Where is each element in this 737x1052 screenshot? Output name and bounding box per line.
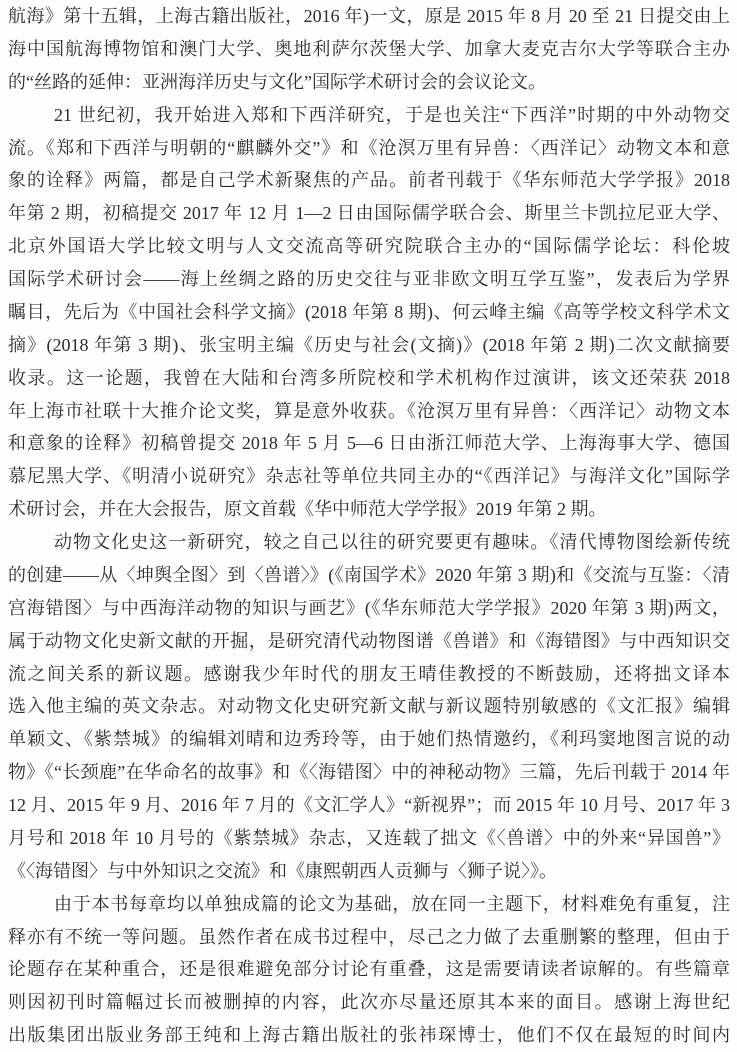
- text-line: 动物文化史这一新研究，较之自己以往的研究要更有趣味。《清代博物图绘新传统: [8, 526, 730, 559]
- text-line: 瞩目，先后为《中国社会科学文摘》(2018 年第 8 期)、何云峰主编《高等学校…: [8, 296, 730, 329]
- text-line: 《〈海错图〉与中外知识之交流》和《康熙朝西人贡狮与〈狮子说〉》。: [8, 855, 730, 888]
- text-line: 论题存在某种重合，还是很难避免部分讨论有重叠，这是需要请读者谅解的。有些篇章: [8, 953, 730, 986]
- text-line: 由于本书每章均以单独成篇的论文为基础，放在同一主题下，材料难免有重复，注: [8, 888, 730, 921]
- text-line: 单颖文、《紫禁城》的编辑刘晴和边秀玲等，由于她们热情邀约，《利玛窦地图言说的动: [8, 723, 730, 756]
- text-line: 年第 2 期，初稿提交 2017 年 12 月 1—2 日由国际儒学联合会、斯里…: [8, 197, 730, 230]
- text-line: 流。《郑和下西洋与明朝的“麒麟外交”》和《沧溟万里有异兽：〈西洋记〉动物文本和意: [8, 132, 730, 165]
- scanned-page: 航海》第十五辑，上海古籍出版社，2016 年)一文，原是 2015 年 8 月 …: [0, 0, 737, 1052]
- text-line: 21 世纪初，我开始进入郑和下西洋研究，于是也关注“下西洋”时期的中外动物交: [8, 99, 730, 132]
- text-line: 则因初刊时篇幅过长而被删掉的内容，此次亦尽量还原其本来的面目。感谢上海世纪: [8, 986, 730, 1019]
- text-line: 释亦有不统一等问题。虽然作者在成书过程中，尽己之力做了去重删繁的整理，但由于: [8, 921, 730, 954]
- text-line: 术研讨会，并在大会报告，原文首载《华中师范大学学报》2019 年第 2 期。: [8, 493, 730, 526]
- text-line: 属于动物文化史新文献的开掘，是研究清代动物图谱《兽谱》和《海错图》与中西知识交: [8, 625, 730, 658]
- text-line: 选入他主编的英文杂志。对动物文化史研究新文献与新议题特别敏感的《文汇报》编辑: [8, 690, 730, 723]
- text-line: 和意象的诠释》初稿曾提交 2018 年 5 月 5—6 日由浙江师范大学、上海海…: [8, 427, 730, 460]
- text-line: 收录。这一论题，我曾在大陆和台湾多所院校和学术机构作过演讲，该文还荣获 2018: [8, 362, 730, 395]
- text-line: 月号和 2018 年 10 月号的《紫禁城》杂志，又连载了拙文《〈兽谱〉中的外来…: [8, 822, 730, 855]
- text-line: 象的诠释》两篇，都是自己学术新聚焦的产品。前者刊载于《华东师范大学学报》2018: [8, 164, 730, 197]
- text-line: 12 月、2015 年 9 月、2016 年 7 月的《文汇学人》“新视界”；而…: [8, 789, 730, 822]
- text-line: 宫海错图〉与中西海洋动物的知识与画艺》(《华东师范大学学报》2020 年第 3 …: [8, 592, 730, 625]
- text-line: 流之间关系的新议题。感谢我少年时代的朋友王晴佳教授的不断鼓励，还将拙文译本: [8, 658, 730, 691]
- text-line: 慕尼黑大学、《明清小说研究》杂志社等单位共同主办的“《西洋记》与海洋文化”国际学: [8, 460, 730, 493]
- text-line: 的创建——从〈坤舆全图〉到〈兽谱〉》(《南国学术》2020 年第 3 期)和《交…: [8, 559, 730, 592]
- text-line: 年上海市社联十大推介论文奖，算是意外收获。《沧溟万里有异兽：〈西洋记〉动物文本: [8, 395, 730, 428]
- paragraph-body-2: 动物文化史这一新研究，较之自己以往的研究要更有趣味。《清代博物图绘新传统 的创建…: [8, 526, 730, 888]
- text-line: 物》《“长颈鹿”在华命名的故事》和《〈海错图〉中的神秘动物》三篇，先后刊载于 2…: [8, 756, 730, 789]
- text-line: 北京外国语大学比较文明与人文交流高等研究院联合主办的“国际儒学论坛：科伦坡: [8, 230, 730, 263]
- text-line: 摘》(2018 年第 3 期)、张宝明主编《历史与社会(文摘)》(2018 年第…: [8, 329, 730, 362]
- paragraph-body-3: 由于本书每章均以单独成篇的论文为基础，放在同一主题下，材料难免有重复，注 释亦有…: [8, 888, 730, 1052]
- text-line: 出版集团出版业务部王纯和上海古籍出版社的张祎琛博士，他们不仅在最短的时间内: [8, 1019, 730, 1052]
- text-line: 的“丝路的延伸：亚洲海洋历史与文化”国际学术研讨会的会议论文。: [8, 66, 730, 99]
- text-line: 航海》第十五辑，上海古籍出版社，2016 年)一文，原是 2015 年 8 月 …: [8, 0, 730, 33]
- text-line: 国际学术研讨会——海上丝绸之路的历史交往与亚非欧文明互学互鉴”，发表后为学界: [8, 263, 730, 296]
- paragraph-continuation: 航海》第十五辑，上海古籍出版社，2016 年)一文，原是 2015 年 8 月 …: [8, 0, 730, 99]
- text-line: 海中国航海博物馆和澳门大学、奥地利萨尔茨堡大学、加拿大麦克吉尔大学等联合主办: [8, 33, 730, 66]
- paragraph-body-1: 21 世纪初，我开始进入郑和下西洋研究，于是也关注“下西洋”时期的中外动物交 流…: [8, 99, 730, 526]
